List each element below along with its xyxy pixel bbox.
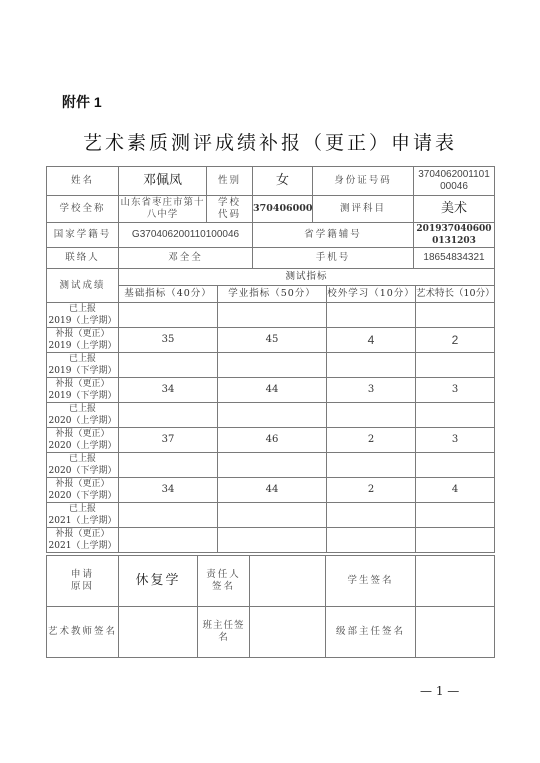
score-art[interactable]: [416, 403, 495, 428]
score-academic[interactable]: [218, 528, 327, 553]
name-value[interactable]: 邓佩凤: [119, 167, 207, 196]
school-code-label: 学校代码: [207, 196, 253, 223]
score-academic[interactable]: 46: [218, 428, 327, 453]
period-cell: 已上报2021（上学期）: [47, 503, 119, 528]
subject-label: 测评科目: [313, 196, 414, 223]
gender-value[interactable]: 女: [253, 167, 313, 196]
score-row: 补报（更正）2020（上学期） 37 46 2 3: [47, 428, 495, 453]
score-basic[interactable]: 34: [119, 478, 218, 503]
row-status: 已上报: [47, 353, 118, 365]
national-id-label: 国家学籍号: [47, 223, 119, 248]
period-cell: 补报（更正）2020（上学期）: [47, 428, 119, 453]
period-cell: 已上报2019（上学期）: [47, 303, 119, 328]
reason-label: 申请原因: [47, 556, 119, 607]
reason-value[interactable]: 休复学: [119, 556, 198, 607]
row-status: 补报（更正）: [47, 528, 118, 540]
row-period: 2020（上学期）: [47, 440, 118, 452]
student-signature-label: 学生签名: [326, 556, 416, 607]
score-external[interactable]: [327, 403, 416, 428]
row-status: 已上报: [47, 303, 118, 315]
period-cell: 补报（更正）2020（下学期）: [47, 478, 119, 503]
column-art-specialty: 艺术特长（10分）: [416, 286, 495, 303]
phone-value[interactable]: 18654834321: [414, 248, 495, 269]
score-row: 补报（更正）2019（上学期） 35 45 4 2: [47, 328, 495, 353]
score-academic[interactable]: 44: [218, 478, 327, 503]
row-period: 2020（上学期）: [47, 415, 118, 427]
score-external[interactable]: [327, 503, 416, 528]
period-cell: 补报（更正）2021（上学期）: [47, 528, 119, 553]
row-status: 已上报: [47, 403, 118, 415]
score-academic[interactable]: 44: [218, 378, 327, 403]
gender-label: 性别: [207, 167, 253, 196]
reason-label-line1: 申请: [47, 569, 118, 581]
score-external[interactable]: [327, 528, 416, 553]
score-art[interactable]: 2: [416, 328, 495, 353]
reason-label-line2: 原因: [47, 581, 118, 593]
contact-label: 联络人: [47, 248, 119, 269]
contact-value[interactable]: 邓全全: [119, 248, 253, 269]
score-art[interactable]: [416, 453, 495, 478]
score-row: 补报（更正）2021（上学期）: [47, 528, 495, 553]
national-id-value[interactable]: G370406200110100046: [119, 223, 253, 248]
score-art[interactable]: 3: [416, 428, 495, 453]
head-teacher-signature-field[interactable]: [250, 607, 326, 658]
subject-value[interactable]: 美术: [414, 196, 495, 223]
row-status: 补报（更正）: [47, 378, 118, 390]
score-academic[interactable]: [218, 303, 327, 328]
scores-table: 测试成绩 测试指标 基础指标（40分） 学业指标（50分） 校外学习（10分） …: [46, 268, 495, 553]
score-basic[interactable]: [119, 353, 218, 378]
school-label: 学校全称: [47, 196, 119, 223]
row-period: 2021（上学期）: [47, 515, 118, 527]
score-academic[interactable]: [218, 503, 327, 528]
attachment-label: 附件 1: [62, 92, 102, 112]
period-cell: 已上报2020（上学期）: [47, 403, 119, 428]
score-basic[interactable]: [119, 453, 218, 478]
period-cell: 已上报2019（下学期）: [47, 353, 119, 378]
form-title: 艺术素质测评成绩补报（更正）申请表: [0, 128, 540, 155]
score-academic[interactable]: [218, 453, 327, 478]
school-code-value[interactable]: 3704060001: [253, 196, 313, 223]
score-basic[interactable]: 34: [119, 378, 218, 403]
id-number-label: 身份证号码: [313, 167, 414, 196]
score-row: 已上报2020（上学期）: [47, 403, 495, 428]
provincial-id-value[interactable]: 2019370406000131203: [414, 223, 495, 248]
row-status: 补报（更正）: [47, 428, 118, 440]
row-status: 已上报: [47, 453, 118, 465]
score-art[interactable]: [416, 353, 495, 378]
row-period: 2019（下学期）: [47, 390, 118, 402]
head-teacher-signature-label: 班主任签名: [198, 607, 250, 658]
signatures-table: 申请原因 休复学 责任人签名 学生签名 艺术教师签名 班主任签名 级部主任签名: [46, 555, 495, 658]
row-status: 补报（更正）: [47, 478, 118, 490]
row-period: 2019（上学期）: [47, 340, 118, 352]
grade-director-signature-field[interactable]: [416, 607, 495, 658]
row-period: 2020（下学期）: [47, 490, 118, 502]
row-status: 补报（更正）: [47, 328, 118, 340]
period-cell: 补报（更正）2019（上学期）: [47, 328, 119, 353]
row-period: 2020（下学期）: [47, 465, 118, 477]
column-academic: 学业指标（50分）: [218, 286, 327, 303]
score-row: 已上报2019（下学期）: [47, 353, 495, 378]
art-teacher-signature-field[interactable]: [119, 607, 198, 658]
test-scores-label: 测试成绩: [47, 269, 119, 303]
score-art[interactable]: [416, 503, 495, 528]
art-teacher-signature-label: 艺术教师签名: [47, 607, 119, 658]
score-basic[interactable]: [119, 528, 218, 553]
score-art[interactable]: 3: [416, 378, 495, 403]
phone-label: 手机号: [253, 248, 414, 269]
responsible-label-line2: 签名: [198, 581, 249, 593]
student-info-table: 姓名 邓佩凤 性别 女 身份证号码 370406200110100046 学校全…: [46, 166, 495, 269]
score-academic[interactable]: 45: [218, 328, 327, 353]
student-signature-field[interactable]: [416, 556, 495, 607]
score-external[interactable]: 2: [327, 428, 416, 453]
provincial-id-label: 省学籍辅号: [253, 223, 414, 248]
name-label: 姓名: [47, 167, 119, 196]
score-basic[interactable]: 37: [119, 428, 218, 453]
score-basic[interactable]: [119, 503, 218, 528]
score-academic[interactable]: [218, 353, 327, 378]
score-row: 补报（更正）2019（下学期） 34 44 3 3: [47, 378, 495, 403]
score-external[interactable]: 4: [327, 328, 416, 353]
score-external[interactable]: [327, 453, 416, 478]
responsible-label-line1: 责任人: [198, 569, 249, 581]
score-external[interactable]: 3: [327, 378, 416, 403]
column-external: 校外学习（10分）: [327, 286, 416, 303]
row-period: 2021（上学期）: [47, 540, 118, 552]
score-row: 补报（更正）2020（下学期） 34 44 2 4: [47, 478, 495, 503]
score-art[interactable]: 4: [416, 478, 495, 503]
score-row: 已上报2021（上学期）: [47, 503, 495, 528]
period-cell: 已上报2020（下学期）: [47, 453, 119, 478]
score-basic[interactable]: [119, 403, 218, 428]
score-external[interactable]: [327, 303, 416, 328]
test-indicators-header: 测试指标: [119, 269, 495, 286]
score-academic[interactable]: [218, 403, 327, 428]
page-number: — 1 —: [420, 684, 459, 698]
responsible-signature-field[interactable]: [250, 556, 326, 607]
score-external[interactable]: 2: [327, 478, 416, 503]
score-basic[interactable]: 35: [119, 328, 218, 353]
id-number-value[interactable]: 370406200110100046: [414, 167, 495, 196]
row-status: 已上报: [47, 503, 118, 515]
column-basic: 基础指标（40分）: [119, 286, 218, 303]
school-value[interactable]: 山东省枣庄市第十八中学: [119, 196, 207, 223]
score-external[interactable]: [327, 353, 416, 378]
score-basic[interactable]: [119, 303, 218, 328]
score-art[interactable]: [416, 303, 495, 328]
period-cell: 补报（更正）2019（下学期）: [47, 378, 119, 403]
score-row: 已上报2019（上学期）: [47, 303, 495, 328]
responsible-label: 责任人签名: [198, 556, 250, 607]
grade-director-signature-label: 级部主任签名: [326, 607, 416, 658]
score-row: 已上报2020（下学期）: [47, 453, 495, 478]
score-art[interactable]: [416, 528, 495, 553]
row-period: 2019（下学期）: [47, 365, 118, 377]
row-period: 2019（上学期）: [47, 315, 118, 327]
